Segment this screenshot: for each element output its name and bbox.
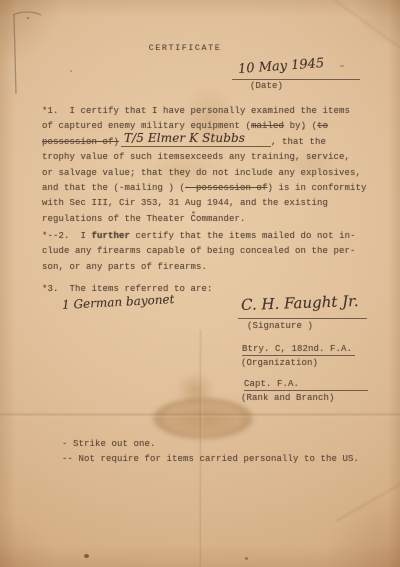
rank-value: Capt. F.A. <box>244 379 368 391</box>
typed-text: and that the (-mailing ) ( <box>42 183 185 193</box>
bottom-right-crease <box>336 470 400 522</box>
document-line: son, or any parts of firearms. <box>42 260 356 275</box>
typed-text: *--2. I <box>42 231 92 241</box>
document-line: *1. I certify that I have personally exa… <box>42 104 367 119</box>
typed-text: son, or any parts of firearms. <box>42 262 207 272</box>
document-line: *--2. I further certify that the items m… <box>42 229 356 244</box>
paragraph-2: *--2. I further certify that the items m… <box>42 229 356 275</box>
typed-text: regulations of the Theater Commander. <box>42 214 246 224</box>
paragraph-3-heading: *3. The items referred to are: <box>42 284 213 294</box>
typed-text: possession of) <box>42 137 119 147</box>
paper-speck <box>340 65 344 67</box>
typed-text: further <box>92 231 131 241</box>
footnotes: - Strike out one.-- Not require for item… <box>62 437 359 468</box>
handwritten-date: 10 May 1945 <box>238 56 325 77</box>
typed-text: trophy value of such itemsexceeds any tr… <box>42 152 350 162</box>
paper-speck <box>245 557 248 560</box>
signature-underline <box>238 318 367 319</box>
typed-text: or salvage value; that they do not inclu… <box>42 168 361 178</box>
document-line: regulations of the Theater Commander. <box>42 212 367 227</box>
typed-text: ) is in conformity <box>268 183 367 193</box>
date-label: (Date) <box>250 81 283 91</box>
typed-text: mailed <box>251 121 284 131</box>
typed-text: , that the <box>271 137 326 147</box>
signature-label: (Signature ) <box>247 321 313 331</box>
document-line: or salvage value; that they do not inclu… <box>42 166 367 181</box>
typed-text: of captured enemy military equipment ( <box>42 121 251 131</box>
date-underline <box>232 79 360 80</box>
handwritten-signature: C. H. Faught Jr. <box>241 292 359 314</box>
document-line: - Strike out one. <box>62 437 359 452</box>
typed-text: - possession of <box>185 183 268 193</box>
paragraph-1: *1. I certify that I have personally exa… <box>42 104 367 227</box>
paper-speck <box>70 70 72 72</box>
top-right-crease <box>327 0 400 66</box>
document-title: CERTIFICATE <box>130 43 240 53</box>
typed-text: by) ( <box>284 121 317 131</box>
typed-text: clude any firearms capable of being conc… <box>42 246 356 256</box>
typed-text: *1. I certify that I have personally exa… <box>42 106 350 116</box>
handwritten-item: 1 German bayonet <box>62 292 175 312</box>
pencil-mark <box>6 6 56 106</box>
organization-label: (Organization) <box>241 358 318 368</box>
organization-value: Btry. C, 182nd. F.A. <box>242 344 355 356</box>
document-line: with Sec III, Cir 353, 31 Aug 1944, and … <box>42 196 367 211</box>
horizontal-fold-crease <box>0 413 400 417</box>
typed-text: certify that the items mailed do not in- <box>130 231 356 241</box>
typed-text: to <box>317 121 328 131</box>
certificate-document: CERTIFICATE 10 May 1945 (Date) *1. I cer… <box>0 0 400 567</box>
paper-speck <box>84 554 89 558</box>
typed-text: -- Not require for items carried persona… <box>62 454 359 464</box>
document-line: -- Not require for items carried persona… <box>62 452 359 467</box>
handwritten-text: T/5 Elmer K Stubbs <box>121 133 271 147</box>
document-line: and that the (-mailing ) (- possession o… <box>42 181 367 196</box>
document-line: trophy value of such itemsexceeds any tr… <box>42 150 367 165</box>
typed-text: with Sec III, Cir 353, 31 Aug 1944, and … <box>42 198 328 208</box>
document-line: possession of)T/5 Elmer K Stubbs, that t… <box>42 135 367 150</box>
typed-text: - Strike out one. <box>62 439 156 449</box>
rank-label: (Rank and Branch) <box>241 393 335 403</box>
document-line: clude any firearms capable of being conc… <box>42 244 356 259</box>
